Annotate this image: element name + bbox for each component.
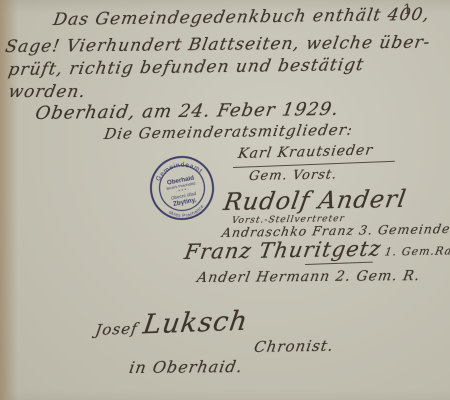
- signature-thuritgetz-name: Franz Thuritgetz: [183, 237, 383, 264]
- council-heading: Die Gemeinderatsmitglieder:: [103, 123, 354, 142]
- body-line-1: Das Gemeindegedenkbuch enthält 400,: [52, 7, 431, 29]
- signature-luksch-last: Luksch: [141, 306, 250, 341]
- body-line-4: worden.: [7, 84, 87, 101]
- body-line-2: Sage! Vierhundert Blattseiten, welche üb…: [4, 35, 432, 56]
- signature-luksch-role: Chronist.: [253, 339, 335, 355]
- signature-luksch-place: in Oberhaid.: [128, 359, 244, 376]
- signature-thuritgetz-role: 1. Gem.Rat: [384, 244, 450, 258]
- signature-krautsieder: Karl Krautsieder: [237, 143, 374, 161]
- body-line-3: prüft, richtig befunden und bestätigt: [7, 57, 365, 79]
- signature-underline-flourish: [305, 262, 373, 266]
- signature-anderl-rudolf: Rudolf Anderl: [222, 187, 408, 214]
- signature-luksch: JosefLuksch: [94, 308, 250, 340]
- official-stamp: Gemeindeamt Oberhaid Bezirk Prachatitz. …: [143, 149, 220, 226]
- signature-anderl-hermann: Anderl Hermann 2. Gem. R.: [196, 269, 421, 285]
- document-scan: 1 Das Gemeindegedenkbuch enthält 400, Sa…: [0, 0, 450, 400]
- signature-luksch-first: Josef: [94, 320, 139, 339]
- signature-thuritgetz: Franz Thuritgetz1. Gem.Rat: [183, 237, 450, 263]
- signature-krautsieder-role: Gem. Vorst.: [248, 168, 338, 183]
- dateline: Oberhaid, am 24. Feber 1929.: [34, 101, 340, 123]
